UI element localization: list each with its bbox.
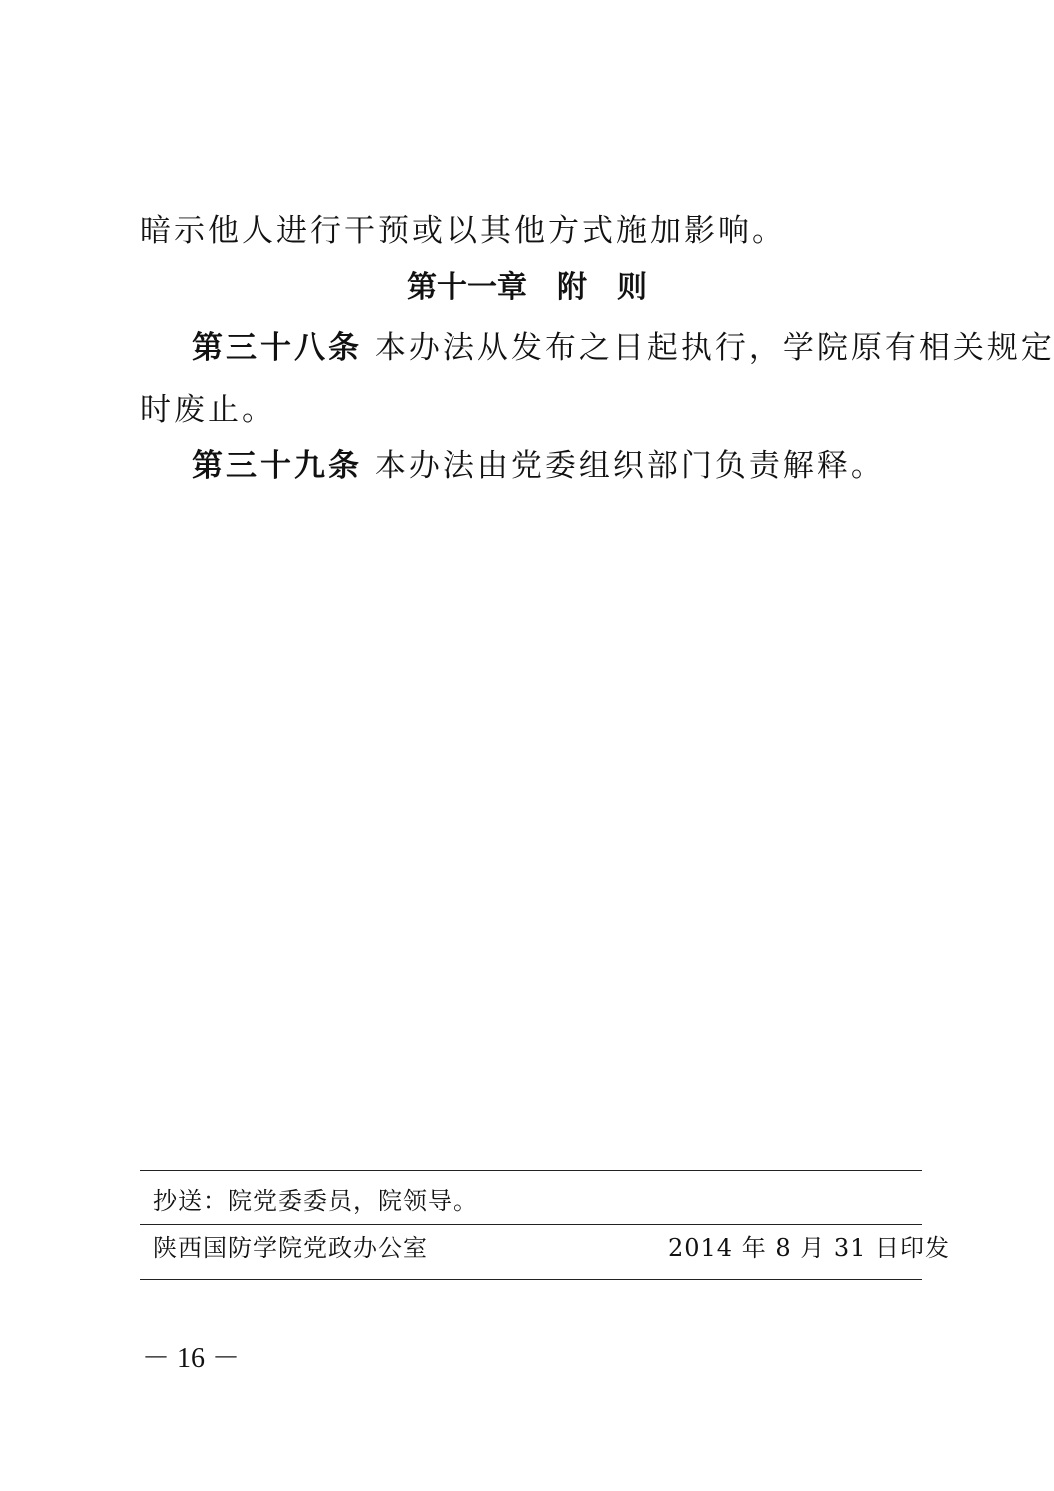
article-38-continued: 时废止。: [140, 384, 922, 429]
issuer: 陕西国防学院党政办公室: [153, 1228, 428, 1263]
article-39-text: 本办法由党委组织部门负责解释。: [375, 448, 885, 484]
footer-rule-middle: [140, 1224, 922, 1225]
footer-rule-top: [140, 1170, 922, 1171]
cc-line: 抄送：院党委委员，院领导。: [153, 1181, 478, 1216]
paragraph-continued: 暗示他人进行干预或以其他方式施加影响。: [140, 205, 922, 250]
article-39-label: 第三十九条: [192, 448, 362, 484]
article-38-text: 本办法从发布之日起执行，学院原有相关规定同: [375, 330, 1054, 366]
article-38-label: 第三十八条: [192, 330, 362, 366]
page-number: － 16 －: [142, 1336, 240, 1376]
issue-date: 2014 年 8 月 31 日印发: [668, 1228, 950, 1263]
article-39: 第三十九条 本办法由党委组织部门负责解释。: [192, 440, 974, 485]
article-38: 第三十八条 本办法从发布之日起执行，学院原有相关规定同: [192, 322, 974, 367]
footer-rule-bottom: [140, 1279, 922, 1280]
chapter-heading: 第十一章 附 则: [0, 262, 1054, 306]
